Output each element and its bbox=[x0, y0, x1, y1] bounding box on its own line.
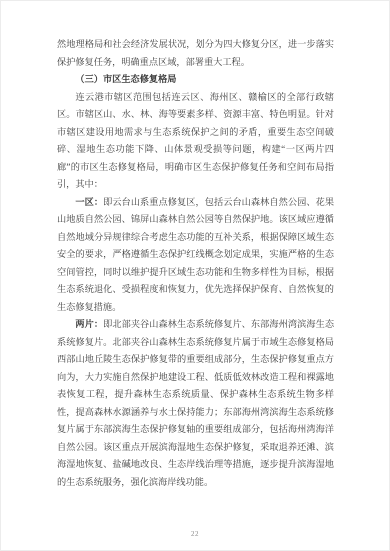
paragraph-continuation: 然地理格局和社会经济发展状况，划分为四大修复分区，进一步落实保护修复任务，明确重… bbox=[57, 36, 334, 71]
paragraph-lead-one-zone: 一区： bbox=[75, 197, 103, 207]
page-content: 然地理格局和社会经济发展状况，划分为四大修复分区，进一步落实保护修复任务，明确重… bbox=[57, 36, 334, 491]
paragraph-lead-two-pieces: 两片： bbox=[75, 319, 103, 329]
paragraph-overview: 连云港市辖区范围包括连云区、海州区、赣榆区的全部行政辖区。市辖区山、水、林、海等… bbox=[57, 89, 334, 194]
paragraph-text-two-pieces: 即北部夹谷山森林生态系统修复片、东部海州湾滨海生态系统修复片。北部夹谷山森林生态… bbox=[57, 319, 334, 487]
paragraph-text-one-zone: 即云台山系重点修复区，包括云台山森林自然公园、花果山地质自然公园、锦屏山森林自然… bbox=[57, 197, 334, 312]
paragraph-two-pieces: 两片：即北部夹谷山森林生态系统修复片、东部海州湾滨海生态系统修复片。北部夹谷山森… bbox=[57, 316, 334, 491]
page-number: 22 bbox=[0, 530, 390, 538]
paragraph-one-zone: 一区：即云台山系重点修复区，包括云台山森林自然公园、花果山地质自然公园、锦屏山森… bbox=[57, 194, 334, 317]
section-heading: （三）市区生态修复格局 bbox=[57, 71, 334, 89]
document-page: 然地理格局和社会经济发展状况，划分为四大修复分区，进一步落实保护修复任务，明确重… bbox=[0, 0, 390, 551]
